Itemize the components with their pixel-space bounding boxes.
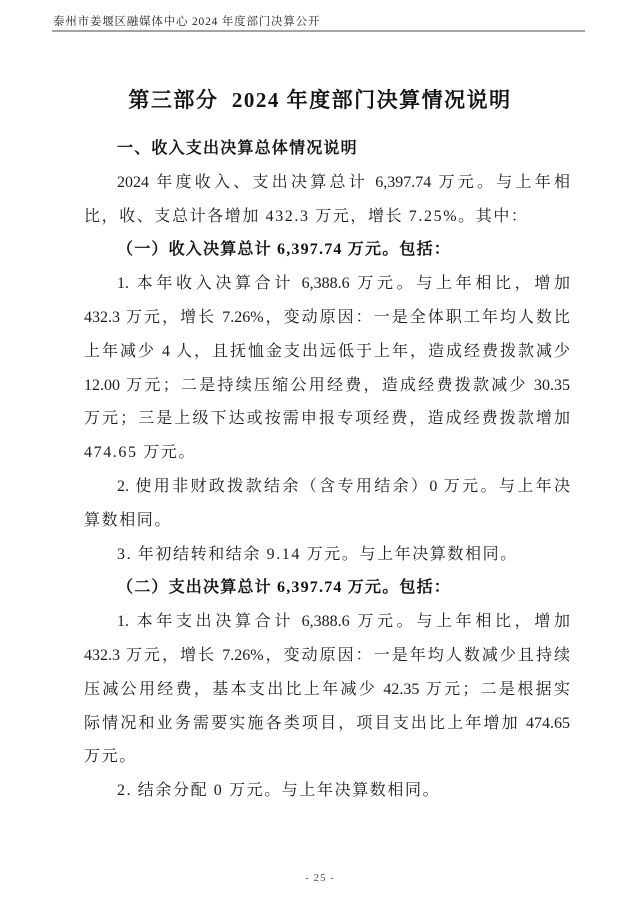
body-line: 万元。 <box>84 740 570 774</box>
body-line: 一、收入支出决算总体情况说明 <box>84 132 570 166</box>
body-line: 3. 年初结转和结余 9.14 万元。与上年决算数相同。 <box>84 538 570 572</box>
body-line: 1. 本年收入决算合计 6,388.6 万元。与上年相比，增加 <box>84 267 570 301</box>
body-line: 2024 年度收入、支出决算总计 6,397.74 万元。与上年相 <box>84 166 570 200</box>
body-line: 1. 本年支出决算合计 6,388.6 万元。与上年相比，增加 <box>84 605 570 639</box>
body-line: 12.00 万元；二是持续压缩公用经费，造成经费拨款减少 30.35 <box>84 369 570 403</box>
document-header-text: 泰州市姜堰区融媒体中心 2024 年度部门决算公开 <box>53 13 320 29</box>
body-line: （一）收入决算总计 6,397.74 万元。包括： <box>84 233 570 267</box>
footer-page-number: - 25 - <box>0 872 640 884</box>
body-line: 际情况和业务需要实施各类项目，项目支出比上年增加 474.65 <box>84 707 570 741</box>
body-line: 上年减少 4 人，且抚恤金支出远低于上年，造成经费拨款减少 <box>84 335 570 369</box>
header-rule-divider <box>52 30 585 32</box>
body-text: 一、收入支出决算总体情况说明2024 年度收入、支出决算总计 6,397.74 … <box>84 132 570 808</box>
body-line: 432.3 万元，增长 7.26%，变动原因：一是全体职工年均人数比 <box>84 301 570 335</box>
body-line: 算数相同。 <box>84 504 570 538</box>
body-line: 压减公用经费，基本支出比上年减少 42.35 万元；二是根据实 <box>84 673 570 707</box>
body-line: 万元；三是上级下达或按需申报专项经费，造成经费拨款增加 <box>84 402 570 436</box>
document-page: 泰州市姜堰区融媒体中心 2024 年度部门决算公开 第三部分 2024 年度部门… <box>0 0 640 905</box>
body-line: 474.65 万元。 <box>84 436 570 470</box>
body-line: 2. 结余分配 0 万元。与上年决算数相同。 <box>84 774 570 808</box>
page-title: 第三部分 2024 年度部门决算情况说明 <box>0 84 640 114</box>
body-line: 2. 使用非财政拨款结余（含专用结余）0 万元。与上年决 <box>84 470 570 504</box>
body-line: 432.3 万元，增长 7.26%，变动原因：一是年均人数减少且持续 <box>84 639 570 673</box>
body-line: （二）支出决算总计 6,397.74 万元。包括： <box>84 571 570 605</box>
body-line: 比，收、支总计各增加 432.3 万元，增长 7.25%。其中： <box>84 200 570 234</box>
